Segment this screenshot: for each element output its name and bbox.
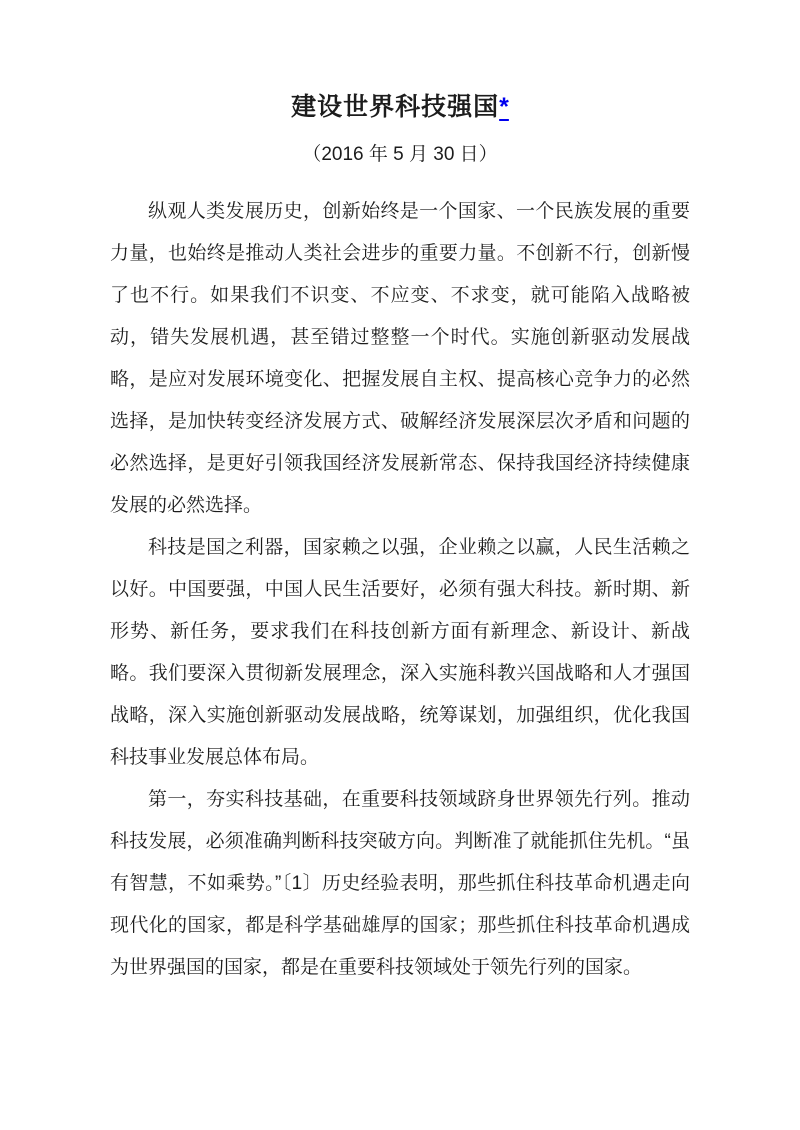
title-footnote-link[interactable]: * [499, 93, 509, 121]
page-title: 建设世界科技强国* [110, 92, 690, 122]
page-title-text: 建设世界科技强国 [291, 93, 499, 121]
document-body: 纵观人类发展历史，创新始终是一个国家、一个民族发展的重要力量，也始终是推动人类社… [110, 191, 690, 989]
paragraph: 第一，夯实科技基础，在重要科技领域跻身世界领先行列。推动科技发展，必须准确判断科… [110, 779, 690, 989]
paragraph: 科技是国之利器，国家赖之以强，企业赖之以赢，人民生活赖之以好。中国要强，中国人民… [110, 527, 690, 779]
document-page: 建设世界科技强国* （2016 年 5 月 30 日） 纵观人类发展历史，创新始… [0, 0, 800, 1130]
paragraph: 纵观人类发展历史，创新始终是一个国家、一个民族发展的重要力量，也始终是推动人类社… [110, 191, 690, 527]
document-date: （2016 年 5 月 30 日） [110, 143, 690, 167]
